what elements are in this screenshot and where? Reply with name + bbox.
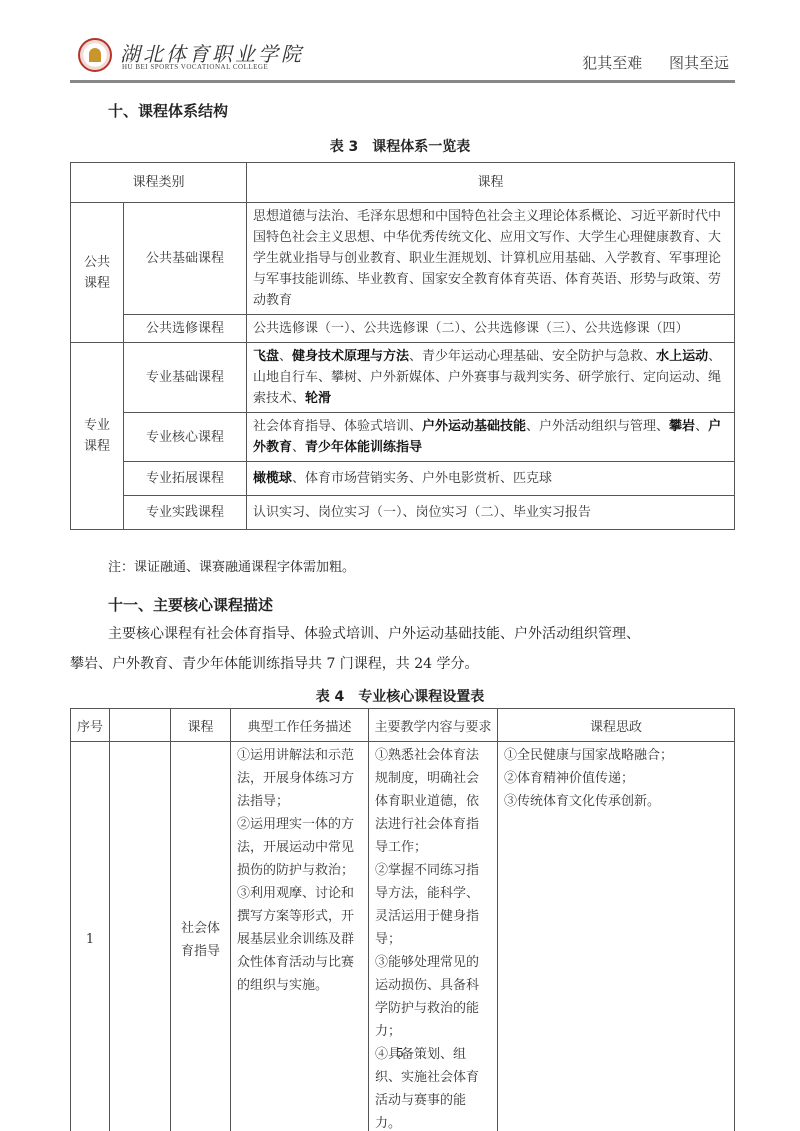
table-3-caption: 表 3 课程体系一览表 (0, 136, 800, 156)
list-item: ①运用讲解法和示范法，开展身体练习方法指导； (237, 744, 362, 813)
header-course: 课程 (171, 709, 231, 742)
row-blank (110, 742, 171, 1131)
courses-cell: 飞盘、健身技术原理与方法、青少年运动心理基础、安全防护与急救、水上运动、山地自行… (247, 343, 735, 413)
header-tasks: 典型工作任务描述 (231, 709, 369, 742)
motto-part-1: 犯其至难 (582, 54, 642, 72)
course-text: 、 (292, 440, 305, 455)
page-number: 5 (0, 1046, 800, 1060)
bold-course: 青少年体能训练指导 (305, 440, 422, 455)
courses-cell: 公共选修课（一）、公共选修课（二）、公共选修课（三）、公共选修课（四） (247, 315, 735, 343)
bold-course: 户外运动基础技能 (422, 419, 526, 434)
bold-course: 轮滑 (305, 391, 331, 406)
category-label: 专业课程 (82, 415, 112, 457)
courses-cell: 认识实习、岗位实习（一）、岗位实习（二）、毕业实习报告 (247, 496, 735, 530)
section-10-title: 十、课程体系结构 (108, 100, 228, 121)
bold-course: 飞盘 (253, 349, 279, 364)
table-3-note: 注：课证融通、课赛融通课程字体需加粗。 (108, 556, 355, 575)
header-no: 序号 (71, 709, 110, 742)
list-item: ③利用观摩、讨论和撰写方案等形式，开展基层业余训练及群众性体育活动与比赛的组织与… (237, 882, 362, 997)
course-text: 、青少年运动心理基础、安全防护与急救、 (409, 349, 656, 364)
header-blank (110, 709, 171, 742)
school-name-en: HU BEI SPORTS VOCATIONAL COLLEGE (122, 63, 268, 71)
type-cell: 专业核心课程 (124, 413, 247, 462)
course-text: 、 (695, 419, 708, 434)
motto: 犯其至难 图其至远 (560, 52, 729, 73)
bold-course: 橄榄球 (253, 471, 292, 486)
header-content: 主要教学内容与要求 (369, 709, 498, 742)
header-category: 课程类别 (71, 163, 247, 203)
type-cell: 公共选修课程 (124, 315, 247, 343)
courses-cell: 橄榄球、体育市场营销实务、户外电影赏析、匹克球 (247, 462, 735, 496)
row-tasks: ①运用讲解法和示范法，开展身体练习方法指导；②运用理实一体的方法，开展运动中常见… (231, 742, 369, 1131)
type-cell: 专业实践课程 (124, 496, 247, 530)
list-item: ③传统体育文化传承创新。 (504, 790, 728, 813)
bold-course: 攀岩 (669, 419, 695, 434)
course-text: 、 (279, 349, 292, 364)
course-system-table: 课程类别 课程 公共课程 公共基础课程 思想道德与法治、毛泽东思想和中国特色社会… (70, 162, 735, 530)
row-content: ①熟悉社会体育法规制度，明确社会体育职业道德，依法进行社会体育指导工作；②掌握不… (369, 742, 498, 1131)
courses-cell: 社会体育指导、体验式培训、户外运动基础技能、户外活动组织与管理、攀岩、户外教育、… (247, 413, 735, 462)
bold-course: 水上运动 (656, 349, 708, 364)
type-cell: 专业拓展课程 (124, 462, 247, 496)
header-courses: 课程 (247, 163, 735, 203)
list-item: ②掌握不同练习指导方法，能科学、灵活运用于健身指导； (375, 859, 491, 951)
list-item: ③能够处理常见的运动损伤、具备科学防护与救治的能力； (375, 951, 491, 1043)
courses-cell: 思想道德与法治、毛泽东思想和中国特色社会主义理论体系概论、习近平新时代中国特色社… (247, 203, 735, 315)
course-text: 认识实习、岗位实习（一）、岗位实习（二）、毕业实习报告 (253, 505, 591, 520)
table-row: 1 社会体育指导 ①运用讲解法和示范法，开展身体练习方法指导；②运用理实一体的方… (71, 742, 735, 1131)
header-ideology: 课程思政 (498, 709, 735, 742)
course-text: 、体育市场营销实务、户外电影赏析、匹克球 (292, 471, 552, 486)
section-11-title: 十一、主要核心课程描述 (108, 594, 273, 615)
section-11-paragraph-line-1: 主要核心课程有社会体育指导、体验式培训、户外运动基础技能、户外活动组织管理、 (108, 619, 640, 649)
bold-course: 健身技术原理与方法 (292, 349, 409, 364)
row-no: 1 (71, 742, 110, 1131)
course-text: 社会体育指导、体验式培训、 (253, 419, 422, 434)
type-cell: 公共基础课程 (124, 203, 247, 315)
table-4-caption: 表 4 专业核心课程设置表 (0, 686, 800, 706)
list-item: ②体育精神价值传递； (504, 767, 728, 790)
motto-part-2: 图其至远 (669, 54, 729, 72)
core-course-table: 序号 课程 典型工作任务描述 主要教学内容与要求 课程思政 1 社会体育指导 ①… (70, 708, 735, 1131)
page-header: 湖北体育职业学院 HU BEI SPORTS VOCATIONAL COLLEG… (70, 36, 735, 83)
school-logo-icon (78, 38, 112, 72)
category-label: 公共课程 (82, 252, 112, 294)
list-item: ②运用理实一体的方法，开展运动中常见损伤的防护与救治； (237, 813, 362, 882)
type-cell: 专业基础课程 (124, 343, 247, 413)
category-professional: 专业课程 (71, 343, 124, 530)
row-ideology: ①全民健康与国家战略融合；②体育精神价值传递；③传统体育文化传承创新。 (498, 742, 735, 1131)
list-item: ①熟悉社会体育法规制度，明确社会体育职业道德，依法进行社会体育指导工作； (375, 744, 491, 859)
section-11-paragraph-line-2: 攀岩、户外教育、青少年体能训练指导共 7 门课程，共 24 学分。 (70, 649, 479, 679)
list-item: ①全民健康与国家战略融合； (504, 744, 728, 767)
category-public: 公共课程 (71, 203, 124, 343)
course-text: 、户外活动组织与管理、 (526, 419, 669, 434)
row-course: 社会体育指导 (171, 742, 231, 1131)
